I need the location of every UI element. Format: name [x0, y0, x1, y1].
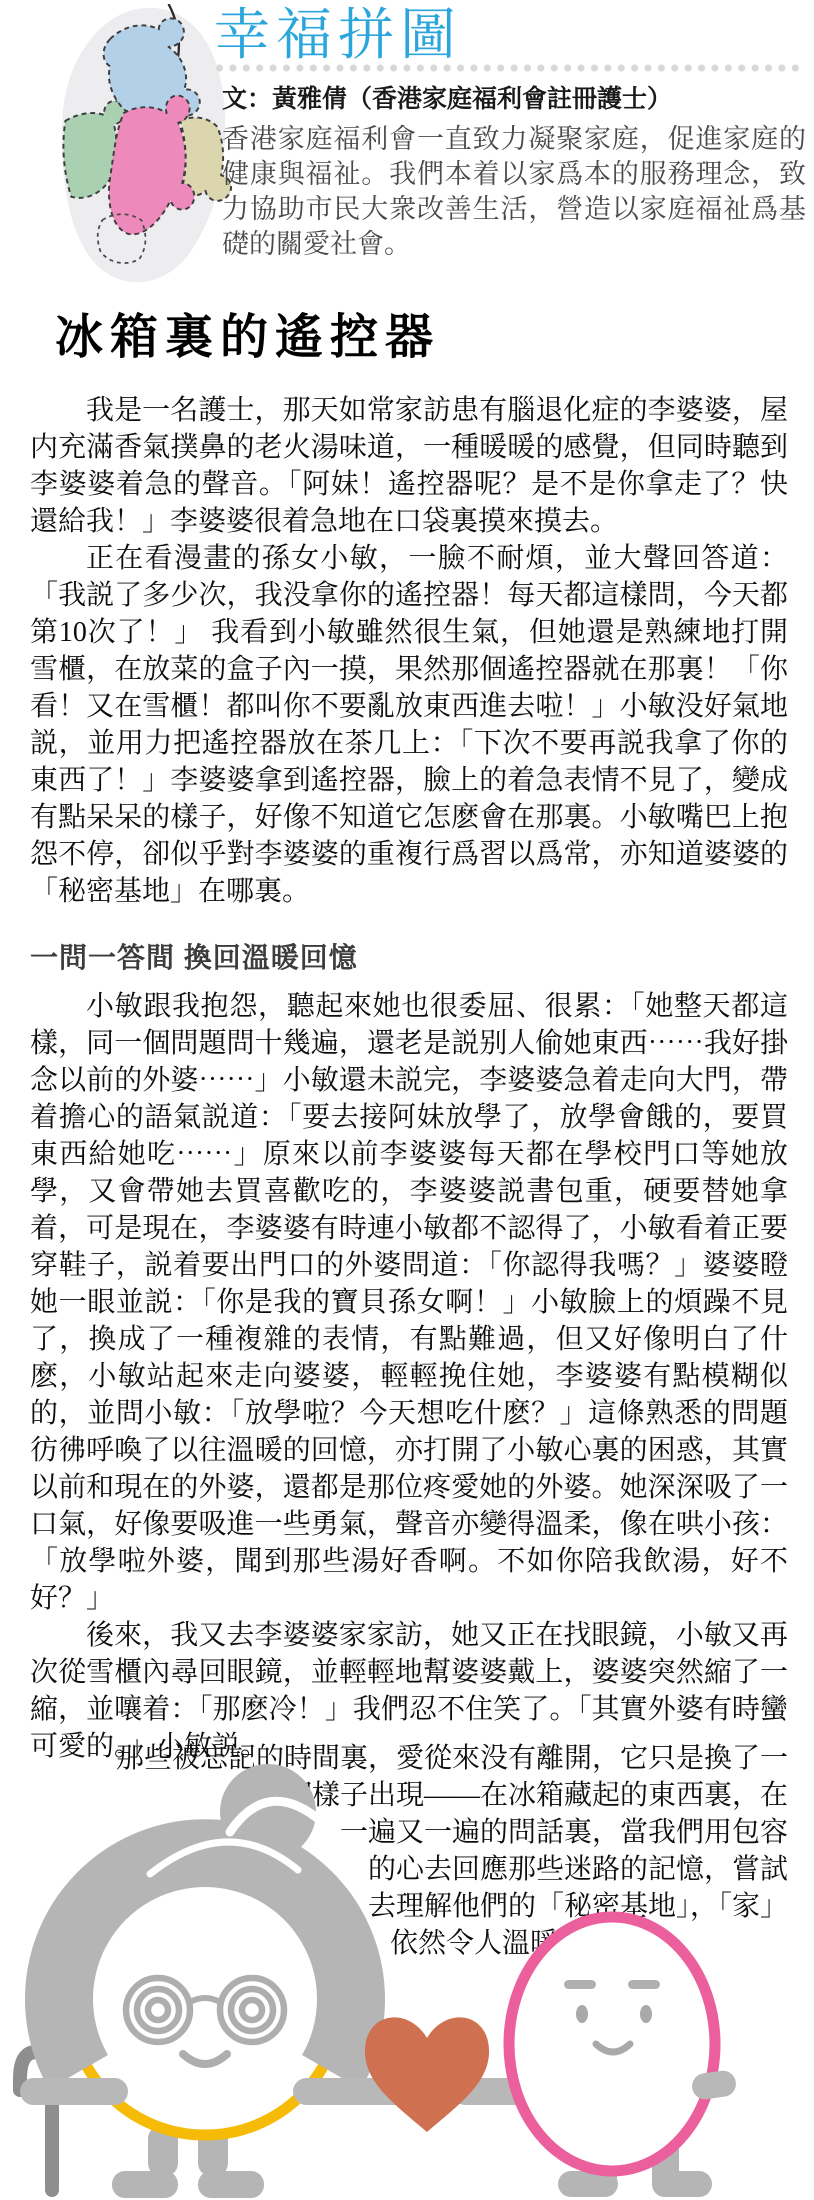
body-paragraph: 正在看漫畫的孫女小敏，一臉不耐煩，並大聲回答道：「我説了多少次，我没拿你的遙控器… [30, 540, 788, 910]
section-subheading: 一問一答間 換回溫暖回憶 [30, 936, 358, 976]
byline: 文：黃雅倩（香港家庭福利會註冊護士） [222, 84, 806, 116]
dotted-divider-icon [215, 63, 803, 73]
article-page: 幸福拼圖 文：黃雅倩（香港家庭福利會註冊護士） 香港家庭福利會一直致力凝聚家庭，… [0, 0, 814, 2200]
characters-illustration [0, 1752, 814, 2200]
grandma-character [20, 1764, 411, 2198]
body-section-2: 小敏跟我抱怨，聽起來她也很委屈、很累：「她整天都這樣，同一個問題問十幾遍，還老是… [30, 988, 788, 1765]
granddaughter-character [452, 1917, 715, 2197]
column-title: 幸福拼圖 [214, 6, 462, 64]
intro-paragraph: 香港家庭福利會一直致力凝聚家庭，促進家庭的健康與福祉。我們本着以家爲本的服務理念… [222, 122, 806, 262]
heart-icon [365, 2017, 489, 2132]
body-paragraph: 我是一名護士，那天如常家訪患有腦退化症的李婆婆，屋内充滿香氣撲鼻的老火湯味道，一… [30, 392, 788, 540]
body-paragraph: 小敏跟我抱怨，聽起來她也很委屈、很累：「她整天都這樣，同一個問題問十幾遍，還老是… [30, 988, 788, 1617]
article-headline: 冰箱裏的遙控器 [55, 308, 440, 368]
body-section-1: 我是一名護士，那天如常家訪患有腦退化症的李婆婆，屋内充滿香氣撲鼻的老火湯味道，一… [30, 392, 788, 910]
